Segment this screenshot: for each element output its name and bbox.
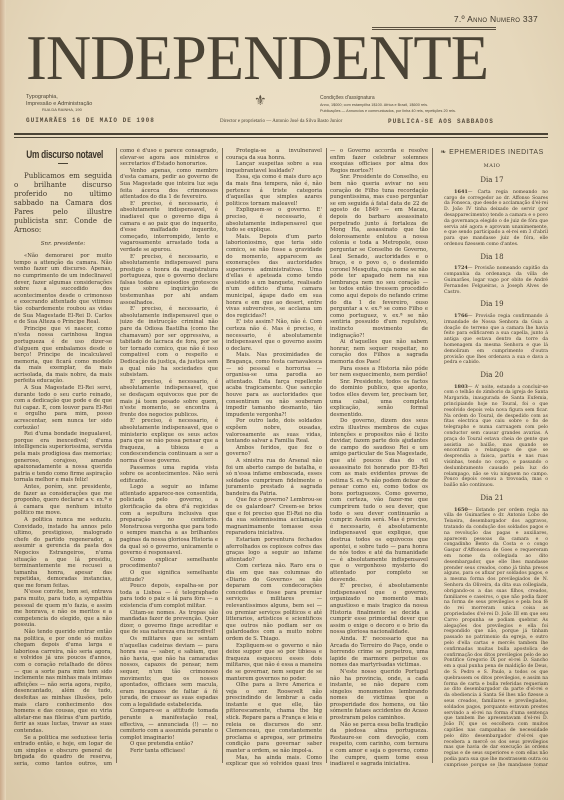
paragraph: Como explicar semelhante procedimento? xyxy=(120,557,218,570)
ephemerides-title: ❧ EPHEMERIDES INEDITAS xyxy=(436,150,548,157)
paragraph: Principe que vi nascer, como n'esta noss… xyxy=(14,326,112,385)
paragraph: Passemos uma rapida vista sobre os acont… xyxy=(120,465,218,485)
crest-emblem-icon: ⚜ xyxy=(254,93,267,109)
paragraph: Protegia-se a invulneravel couraça da su… xyxy=(226,148,322,161)
ephemeris-entry: 1803— A' noite, estando a concluir-se co… xyxy=(436,385,548,489)
paragraph: Ainda. E' necessario que na Arcada do Te… xyxy=(330,636,428,669)
paragraph: E' preciso, é necessario, é absolutament… xyxy=(120,306,218,379)
subscription-conditions: Condições d'assignatura Anno, 1$000; com… xyxy=(320,95,456,115)
masthead-title: INDEPENDENTE xyxy=(26,28,487,88)
column-2: como é d'uso e parece consagrado, elevar… xyxy=(120,148,218,768)
paragraph: O que significa semelhante attitude? xyxy=(120,570,218,583)
paragraph: E' preciso, é necessario, é absolutament… xyxy=(120,418,218,464)
paragraph: O que pretendia então? xyxy=(120,741,218,748)
column-divider xyxy=(326,148,327,763)
paragraph: Mas, ha ainda mais. Como explicar que só… xyxy=(226,755,322,768)
director-line: Director e proprietario — Antonio José d… xyxy=(220,119,342,124)
paragraph: Antes, porém, snr. presidente, de fazer … xyxy=(14,484,112,517)
ephemeris-day: Dia 19 xyxy=(436,301,548,308)
publication-schedule: PUBLICA-SE AOS SABBADOS xyxy=(388,118,494,125)
article-title: Um discurso notavel xyxy=(26,152,100,159)
ephemeris-day: Dia 17 xyxy=(436,177,548,184)
column-3: Protegia-se a invulneravel couraça da su… xyxy=(226,148,322,768)
paragraph: A sinistra rua do Arsenal não foi um abe… xyxy=(226,458,322,498)
page-edge xyxy=(0,0,6,800)
paragraph: Não se perca essa bella tradição da pied… xyxy=(330,722,428,768)
ephemeris-entry: 1766— Provisão regia confirmando á irman… xyxy=(436,314,548,366)
paragraph: Que fez o governo? Lembrou-se de os gala… xyxy=(226,497,322,537)
header-rule xyxy=(14,133,548,135)
paragraph: Ferir tanta officiaes! xyxy=(120,748,218,755)
paragraph: Compare-se a attitude tomada perante a m… xyxy=(120,708,218,741)
paragraph: Ambos feridos, que fez o governo? xyxy=(226,445,322,458)
paragraph: N'este nosso querido Portugal não ha pro… xyxy=(330,669,428,722)
paragraph: Olhe para a livre America e veja o snr. … xyxy=(226,682,322,755)
paragraph: Expliquem-se o governo. E' preciso, é ne… xyxy=(226,207,322,233)
ephemeris-day: Dia 21 xyxy=(436,495,548,502)
ephemeris-entry: 1724— Provisão nomeando capitão da compa… xyxy=(436,266,548,295)
fleuron-icon: ❧ xyxy=(440,149,446,156)
paragraph: Ai d'aquelles que não sabem honrar, nem … xyxy=(330,339,428,365)
paragraph: Citam-se nomes. As tropas são mandadas f… xyxy=(120,610,218,636)
column-1: Um discurso notavel Publicamos em seguid… xyxy=(14,148,112,768)
paragraph: Lançar suspeitas sobre a sua inquebranta… xyxy=(226,161,322,174)
ephemerides-column: ❧ EPHEMERIDES INEDITAS MAIO Dia 17 1641—… xyxy=(436,148,548,768)
paragraph: Rei d'uma bondade inegualavel, porque er… xyxy=(14,431,112,484)
paragraph: Por outro lado, dois soldados expõem nob… xyxy=(226,418,322,444)
article-lead: Publicamos em seguida o brilhante discur… xyxy=(14,172,112,235)
paragraph: Mais. Nas proximidades de Bragança, como… xyxy=(226,352,322,418)
paragraph: Não tendo querido entrar então na politi… xyxy=(14,629,112,735)
paragraph: Do governo, dizem dos seus extra illustr… xyxy=(330,418,428,583)
paragraph: N'esse convite, bem sei, entrava para mu… xyxy=(14,589,112,629)
title-dash xyxy=(58,163,68,164)
paragraph: Com certeza não. Raro era o dia em que n… xyxy=(226,563,322,642)
ephemeris-day: Dia 18 xyxy=(436,254,548,261)
paragraph: E' preciso, é absolutamente indispensave… xyxy=(330,583,428,636)
paragraph: Expliquem-se o governo e não deixe suppo… xyxy=(226,643,322,683)
paragraph: Estariam porventura fechados aferrolhado… xyxy=(226,537,322,563)
paragraph: Mais. Depois d'um parto laborioniosimo, … xyxy=(226,234,322,320)
publisher-info: Typographia, Impressão e Administração R… xyxy=(26,94,92,114)
publisher-address: RUA DA RAINHA, 190 xyxy=(42,107,92,114)
newspaper-page: 7.º Anno Numero 337 INDEPENDENTE Typogra… xyxy=(0,0,564,800)
paragraph: Snr. Presidente, todos os factos do domi… xyxy=(330,379,428,419)
paragraph: E' isto assim? Não, não é. Com certeza n… xyxy=(226,319,322,352)
ephemeris-entry: 1641— Carta regia nomeando no cargo de c… xyxy=(436,190,548,248)
paragraph: Para esses a Historia não póde ter nem e… xyxy=(330,366,428,379)
column-4: — o Governo accorda e resolve enfim faze… xyxy=(330,148,428,768)
ephemeris-entry: 1650— Estando por ordem regia na villa d… xyxy=(436,508,548,768)
paragraph: Logo a seguir ao infame attentado appare… xyxy=(120,484,218,557)
paragraph: Pouco depois, espalha-se por toda a Lisb… xyxy=(120,583,218,609)
paragraph: Venho apenas, como membro d'esta camara,… xyxy=(120,168,218,201)
column-divider xyxy=(116,148,117,763)
ephemerides-month: MAIO xyxy=(436,163,548,170)
header-rule-thin xyxy=(14,137,548,138)
paragraph: E' preciso, é necessario, é absolutament… xyxy=(120,201,218,254)
paragraph: A Sua Magestade El-Rei servi, durante to… xyxy=(14,385,112,431)
paragraph: como é d'uso e parece consagrado, elevar… xyxy=(120,148,218,168)
ephemeris-day: Dia 20 xyxy=(436,372,548,379)
paragraph: Essa, eja como é mais duro aço da mais f… xyxy=(226,174,322,207)
column-divider xyxy=(222,148,223,763)
paragraph: E' preciso, é necessario, e absolutament… xyxy=(120,254,218,307)
paragraph: Snr. Presidente do Conselho, eu bem não … xyxy=(330,174,428,339)
article-salutation: Snr. presidente: xyxy=(14,241,112,248)
date-line: GUIMARÃES 16 DE MAIO DE 1908 xyxy=(26,117,155,124)
paragraph: Se a politica me seduzisse teria entrado… xyxy=(14,735,112,768)
paragraph: Os militares que se sentam n'aquellas ca… xyxy=(120,636,218,709)
paragraph: E' preciso, é necessario, é absolutament… xyxy=(120,379,218,419)
conditions-publications: Publicações — Annuncios e communicados, … xyxy=(320,108,456,115)
paragraph: A politica nunca me seduziu. Convidado, … xyxy=(14,517,112,590)
paragraph: — o Governo accorda e resolve enfim faze… xyxy=(330,148,428,174)
paragraph: «Não demorarei por muito tempo a attençã… xyxy=(14,253,112,326)
column-divider xyxy=(432,148,433,763)
